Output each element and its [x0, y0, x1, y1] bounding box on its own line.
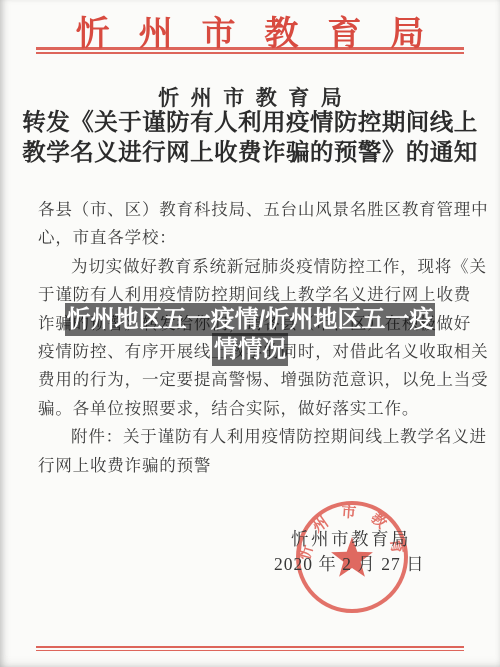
- body-line: 骗。各单位按照要求，结合实际，做好落实工作。: [38, 395, 478, 423]
- body-line: 心，市直各学校：: [38, 224, 478, 252]
- watermark-overlay-text: 忻州地区五一疫情/忻州地区五一疫情情况: [65, 303, 436, 366]
- body-line: 为切实做好教育系统新冠肺炎疫情防控工作，现将《关: [38, 253, 478, 281]
- document-title-line2: 教学名义进行网上收费诈骗的预警》的通知: [0, 138, 500, 168]
- body-line attachment-line: 行网上收费诈骗的预警: [38, 452, 478, 480]
- signature-org: 忻州市教育局: [291, 526, 411, 551]
- watermark-overlay: 忻州地区五一疫情/忻州地区五一疫情情况: [59, 305, 441, 365]
- body-line: 各县（市、区）教育科技局、五台山风景名胜区教育管理中: [38, 196, 478, 224]
- body-line: 费用的行为，一定要提高警惕、增强防范意识，以免上当受: [38, 366, 478, 394]
- document-title: 转发《关于谨防有人利用疫情防控期间线上 教学名义进行网上收费诈骗的预警》的通知: [0, 108, 500, 168]
- signature-date: 2020 年 2 月 27 日: [274, 551, 425, 576]
- footer-rule: [36, 646, 464, 651]
- scanned-document-page: 忻州市教育局 忻州市教育局 转发《关于谨防有人利用疫情防控期间线上 教学名义进行…: [0, 0, 500, 667]
- document-title-line1: 转发《关于谨防有人利用疫情防控期间线上: [0, 108, 500, 138]
- body-line attachment-line: 附件：关于谨防有人利用疫情防控期间线上教学名义进: [38, 423, 478, 451]
- letterhead-divider-rule: [36, 47, 464, 54]
